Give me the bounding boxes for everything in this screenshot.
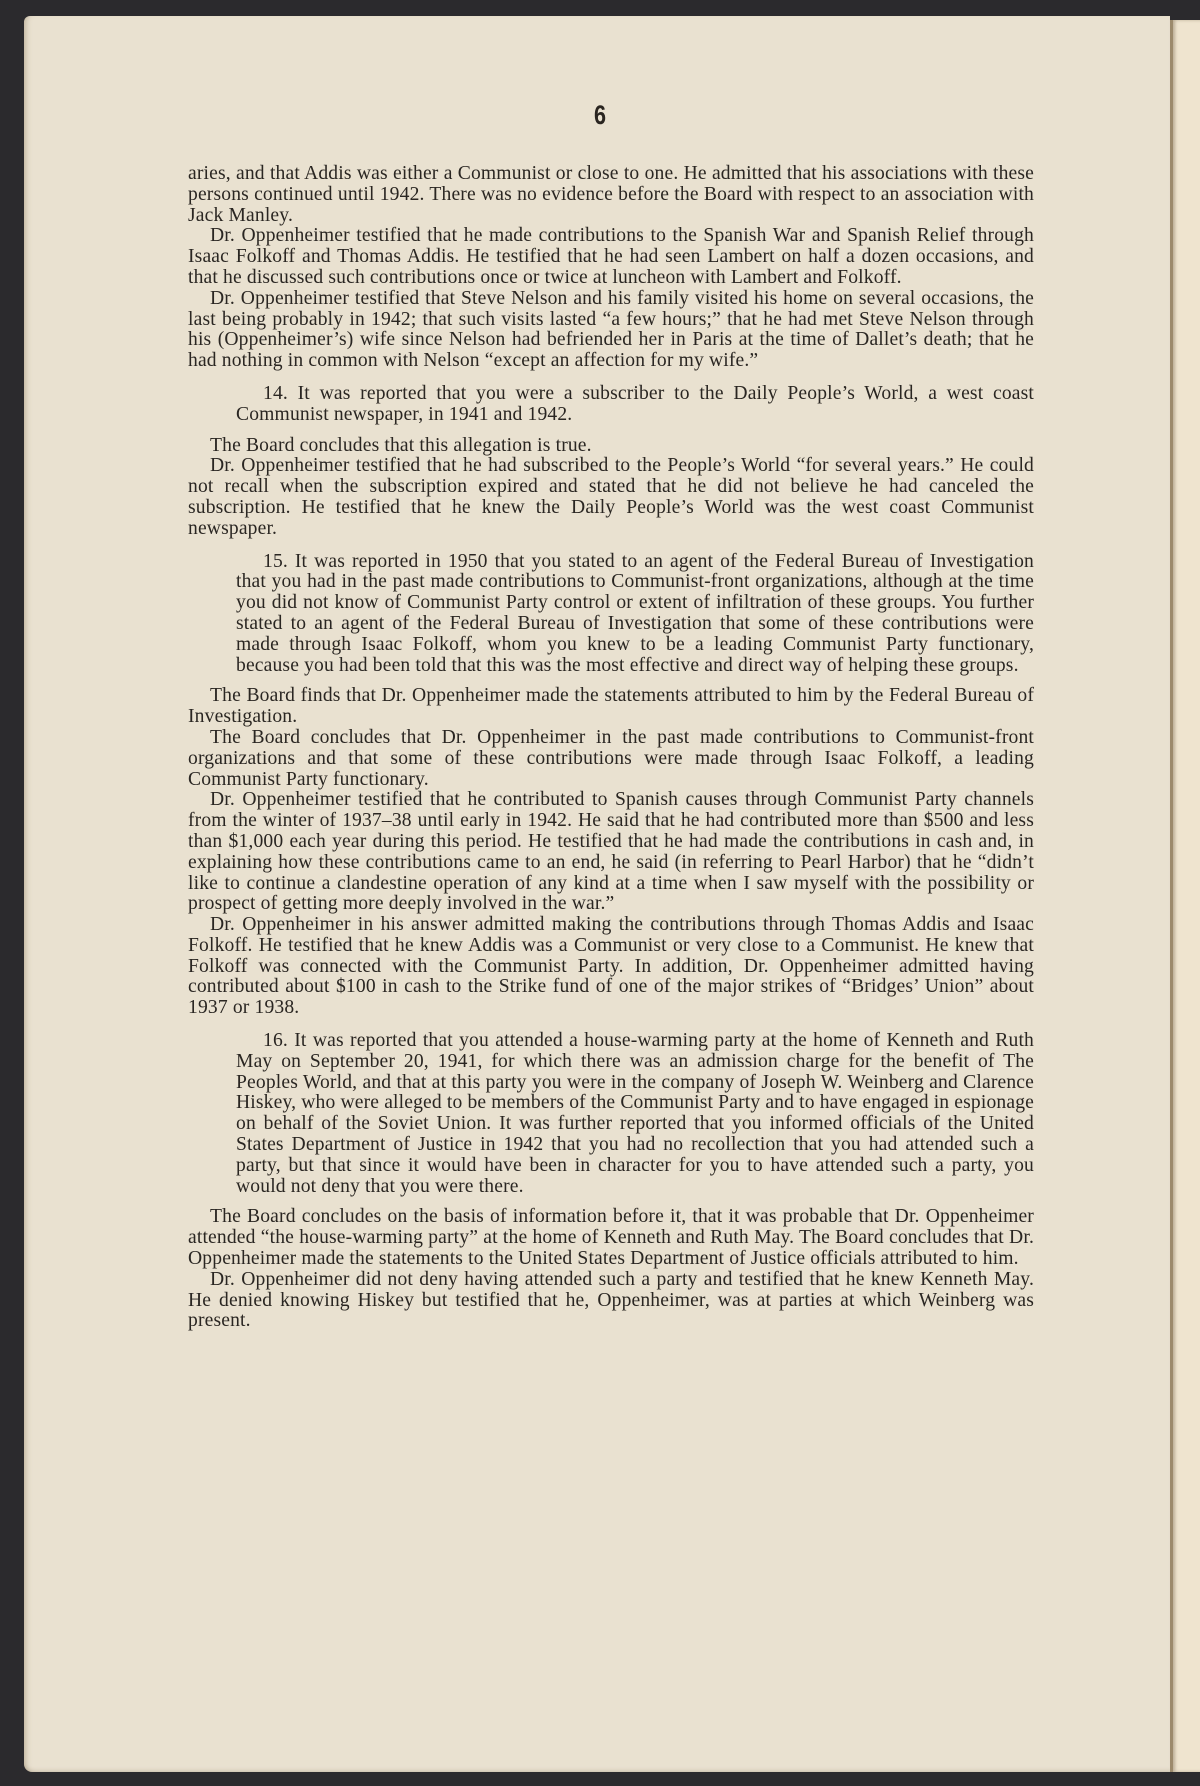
board-conclusion-15: The Board concludes that Dr. Oppenheimer… bbox=[188, 728, 1034, 790]
board-finding-15: The Board finds that Dr. Oppenheimer mad… bbox=[188, 686, 1034, 728]
paragraph-steve-nelson: Dr. Oppenheimer testified that Steve Nel… bbox=[188, 289, 1034, 372]
allegation-14: 14. It was reported that you were a subs… bbox=[236, 384, 1034, 426]
paragraph-spanish-contributions: Dr. Oppenheimer testified that he made c… bbox=[188, 226, 1034, 288]
allegation-15: 15. It was reported in 1950 that you sta… bbox=[236, 552, 1034, 677]
allegation-16: 16. It was reported that you attended a … bbox=[236, 1031, 1034, 1197]
board-conclusion-14: The Board concludes that this allegation… bbox=[188, 436, 1034, 457]
page-number: 6 bbox=[120, 100, 1080, 131]
document-body: aries, and that Addis was either a Commu… bbox=[188, 164, 1034, 1332]
paragraph-continuation: aries, and that Addis was either a Commu… bbox=[188, 164, 1034, 226]
answer-15: Dr. Oppenheimer in his answer admitted m… bbox=[188, 915, 1034, 1019]
board-conclusion-16: The Board concludes on the basis of info… bbox=[188, 1207, 1034, 1269]
testimony-15: Dr. Oppenheimer testified that he contri… bbox=[188, 790, 1034, 915]
testimony-14: Dr. Oppenheimer testified that he had su… bbox=[188, 456, 1034, 539]
testimony-16: Dr. Oppenheimer did not deny having atte… bbox=[188, 1270, 1034, 1332]
adjacent-page-edge bbox=[1170, 20, 1200, 1772]
